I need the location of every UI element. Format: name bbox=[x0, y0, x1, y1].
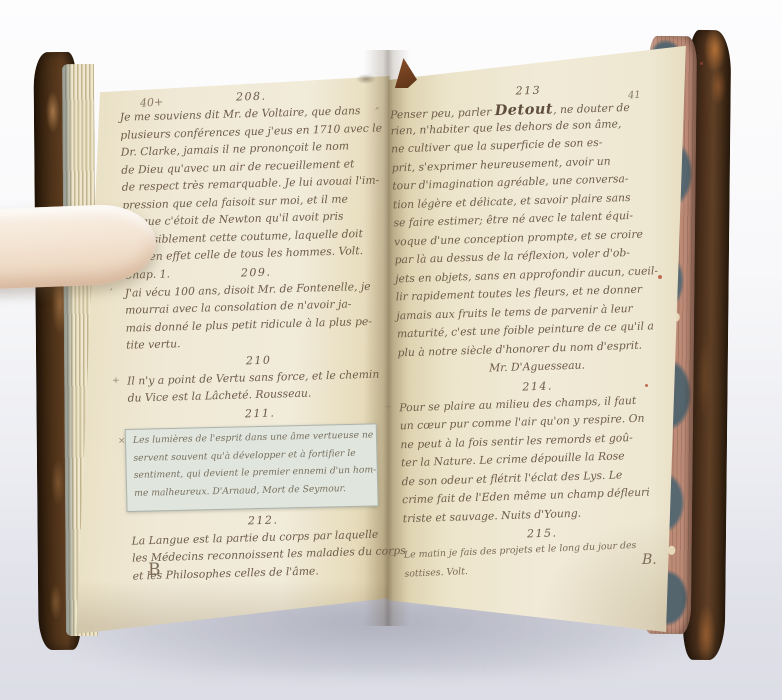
section-215: 215.→Le matin je fais des projets et le … bbox=[403, 523, 683, 586]
right-page-manuscript-text: 213”Penser peu, parler Detout, ne douter… bbox=[389, 80, 683, 586]
section-headword: Detout bbox=[494, 100, 553, 119]
photo-background: 40+ 41 208.Je me souviens dit Mr. de Vol… bbox=[0, 0, 782, 700]
section-210: 210+Il n'y a point de Vertu sans force, … bbox=[127, 350, 392, 409]
margin-mark: → bbox=[389, 551, 397, 561]
gutter-smudge bbox=[356, 74, 376, 84]
margin-mark: × bbox=[118, 436, 126, 446]
foxing-spot bbox=[700, 62, 703, 65]
foxing-spot bbox=[658, 275, 662, 279]
margin-mark: ” bbox=[375, 107, 380, 117]
right-signature-mark: B. bbox=[642, 552, 657, 568]
section-214: 214.+Pour se plaire au milieu des champs… bbox=[399, 375, 681, 530]
margin-mark: + bbox=[384, 402, 392, 412]
margin-mark: ’ bbox=[110, 288, 113, 298]
left-signature-mark: B bbox=[148, 560, 161, 580]
foxing-spot bbox=[645, 384, 648, 387]
left-page-manuscript-text: 208.Je me souviens dit Mr. de Voltaire, … bbox=[119, 86, 397, 587]
section-208: 208.Je me souviens dit Mr. de Voltaire, … bbox=[119, 86, 388, 285]
section-212: 212.La Langue est la partie du corps par… bbox=[131, 510, 397, 587]
section-211: 211.×Les lumières de l'esprit dans une â… bbox=[128, 403, 395, 512]
pasted-slip-note: ×Les lumières de l'esprit dans une âme v… bbox=[125, 423, 379, 512]
margin-mark: + bbox=[112, 375, 120, 385]
section-213: 213”Penser peu, parler Detout, ne douter… bbox=[389, 80, 676, 383]
